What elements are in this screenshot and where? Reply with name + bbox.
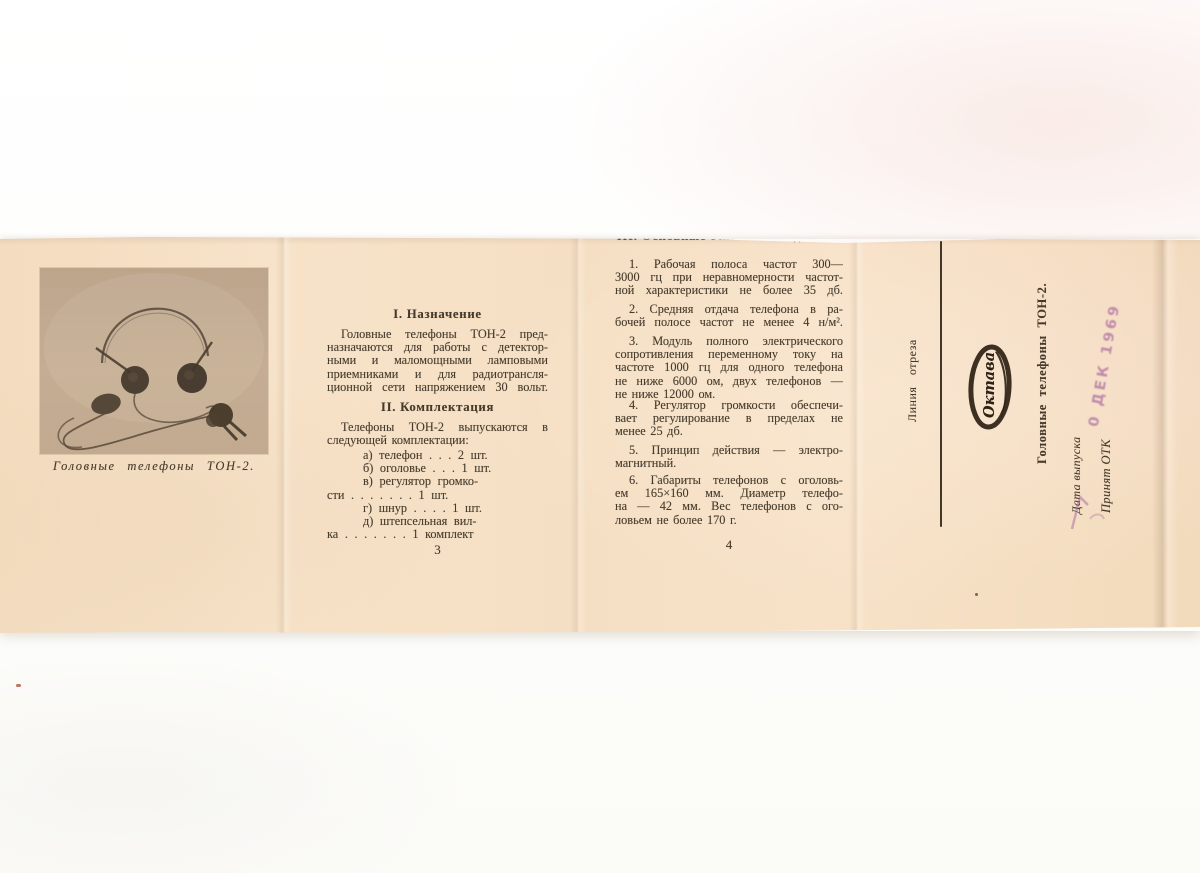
partial-stamp-mark bbox=[1064, 485, 1116, 533]
kit-item: в) регулятор громко- bbox=[327, 475, 548, 488]
kit-list: а) телефон . . . 2 шт. б) оголовье . . .… bbox=[327, 449, 548, 541]
page-number-3: 3 bbox=[327, 542, 548, 558]
kit-item: б) оголовье . . . 1 шт. bbox=[327, 462, 548, 475]
text-line: ловьем не более 170 г. bbox=[615, 514, 843, 527]
kit-item: д) штепсельная вил- bbox=[327, 515, 548, 528]
text-line: ционной сети напряжением 30 вольт. bbox=[327, 381, 548, 394]
kit-item: а) телефон . . . 2 шт. bbox=[327, 449, 548, 462]
text-line: ными и маломощными ламповыми bbox=[327, 354, 548, 367]
date-stamp: 0 ДЕК 1969 bbox=[1086, 287, 1140, 430]
spec-item-1: 1. Рабочая полоса частот 300— 3000 гц пр… bbox=[615, 258, 843, 298]
text-line: магнитный. bbox=[615, 457, 843, 470]
section-2-title: II. Комплектация bbox=[327, 400, 548, 415]
text-line: ной характеристики не более 35 дб. bbox=[615, 284, 843, 297]
section-1-title: I. Назначение bbox=[327, 307, 548, 322]
cut-line-label: Линия отреза bbox=[905, 335, 927, 427]
headphones-photo bbox=[40, 268, 268, 454]
headphones-photo-image bbox=[40, 268, 268, 454]
text-line: частоте 1000 гц для одного телефона bbox=[615, 361, 843, 374]
kit-item-continuation: сти . . . . . . . 1 шт. bbox=[327, 489, 548, 502]
text-line: менее 25 дб. bbox=[615, 425, 843, 438]
spec-item-2: 2. Средняя отдача телефона в ра- бочей п… bbox=[615, 303, 843, 329]
text-line: ем 165×160 мм. Диаметр телефо- bbox=[615, 487, 843, 500]
fold-crease bbox=[1152, 237, 1178, 633]
text-line: 2. Средняя отдача телефона в ра- bbox=[615, 303, 843, 316]
factory-logo-text: Октава bbox=[981, 352, 998, 418]
cut-line bbox=[940, 241, 942, 527]
text-line: на — 42 мм. Вес телефонов с ого- bbox=[615, 500, 843, 513]
text-line: приемниками и для радиотрансля- bbox=[327, 368, 548, 381]
text-line: сопротивления переменному току на bbox=[615, 348, 843, 361]
text-line: Головные телефоны ТОН-2 пред- bbox=[327, 328, 548, 341]
text-line: 3000 гц при неравномерности частот- bbox=[615, 271, 843, 284]
kit-item-continuation: ка . . . . . . . 1 комплект bbox=[327, 528, 548, 541]
section-2-intro: Телефоны ТОН-2 выпускаются в следующей к… bbox=[327, 421, 548, 447]
text-line: 3. Модуль полного электрического bbox=[615, 335, 843, 348]
text-line: назначаются для работы с детектор- bbox=[327, 341, 548, 354]
section-1-paragraph: Головные телефоны ТОН-2 пред- назначаютс… bbox=[327, 328, 548, 394]
text-line: 4. Регулятор громкости обеспечи- bbox=[615, 399, 843, 412]
text-line: бочей полосе частот не менее 4 н/м². bbox=[615, 316, 843, 329]
spec-item-4: 4. Регулятор громкости обеспечи- вает ре… bbox=[615, 399, 843, 439]
text-line: вает регулирование в пределах не bbox=[615, 412, 843, 425]
text-line: 5. Принцип действия — электро- bbox=[615, 444, 843, 457]
page-number-4: 4 bbox=[615, 537, 843, 553]
spec-item-3: 3. Модуль полного электрического сопроти… bbox=[615, 335, 843, 401]
spec-item-6: 6. Габариты телефонов с оголовь- ем 165×… bbox=[615, 474, 843, 527]
spec-item-5: 5. Принцип действия — электро- магнитный… bbox=[615, 444, 843, 470]
factory-logo: Октава bbox=[966, 343, 1014, 431]
text-line: не ниже 6000 ом, двух телефонов — bbox=[615, 375, 843, 388]
fold-crease bbox=[570, 237, 586, 633]
text-line: 6. Габариты телефонов с оголовь- bbox=[615, 474, 843, 487]
fold-crease bbox=[276, 237, 292, 633]
oktava-logo-icon: Октава bbox=[966, 343, 1014, 431]
photo-caption: Головные телефоны ТОН-2. bbox=[22, 459, 286, 474]
fold-crease bbox=[849, 237, 865, 633]
ink-speck bbox=[975, 593, 978, 596]
back-cover-product-title: Головные телефоны ТОН-2. bbox=[1035, 299, 1059, 464]
leaflet-paper: Головные телефоны ТОН-2. I. Назначение Г… bbox=[0, 237, 1200, 633]
kit-item: г) шнур . . . . 1 шт. bbox=[327, 502, 548, 515]
text-line: следующей комплектации: bbox=[327, 434, 548, 447]
scanned-leaflet: Головные телефоны ТОН-2. I. Назначение Г… bbox=[0, 0, 1200, 873]
text-line: 1. Рабочая полоса частот 300— bbox=[615, 258, 843, 271]
text-line: Телефоны ТОН-2 выпускаются в bbox=[327, 421, 548, 434]
red-speck bbox=[16, 684, 21, 687]
